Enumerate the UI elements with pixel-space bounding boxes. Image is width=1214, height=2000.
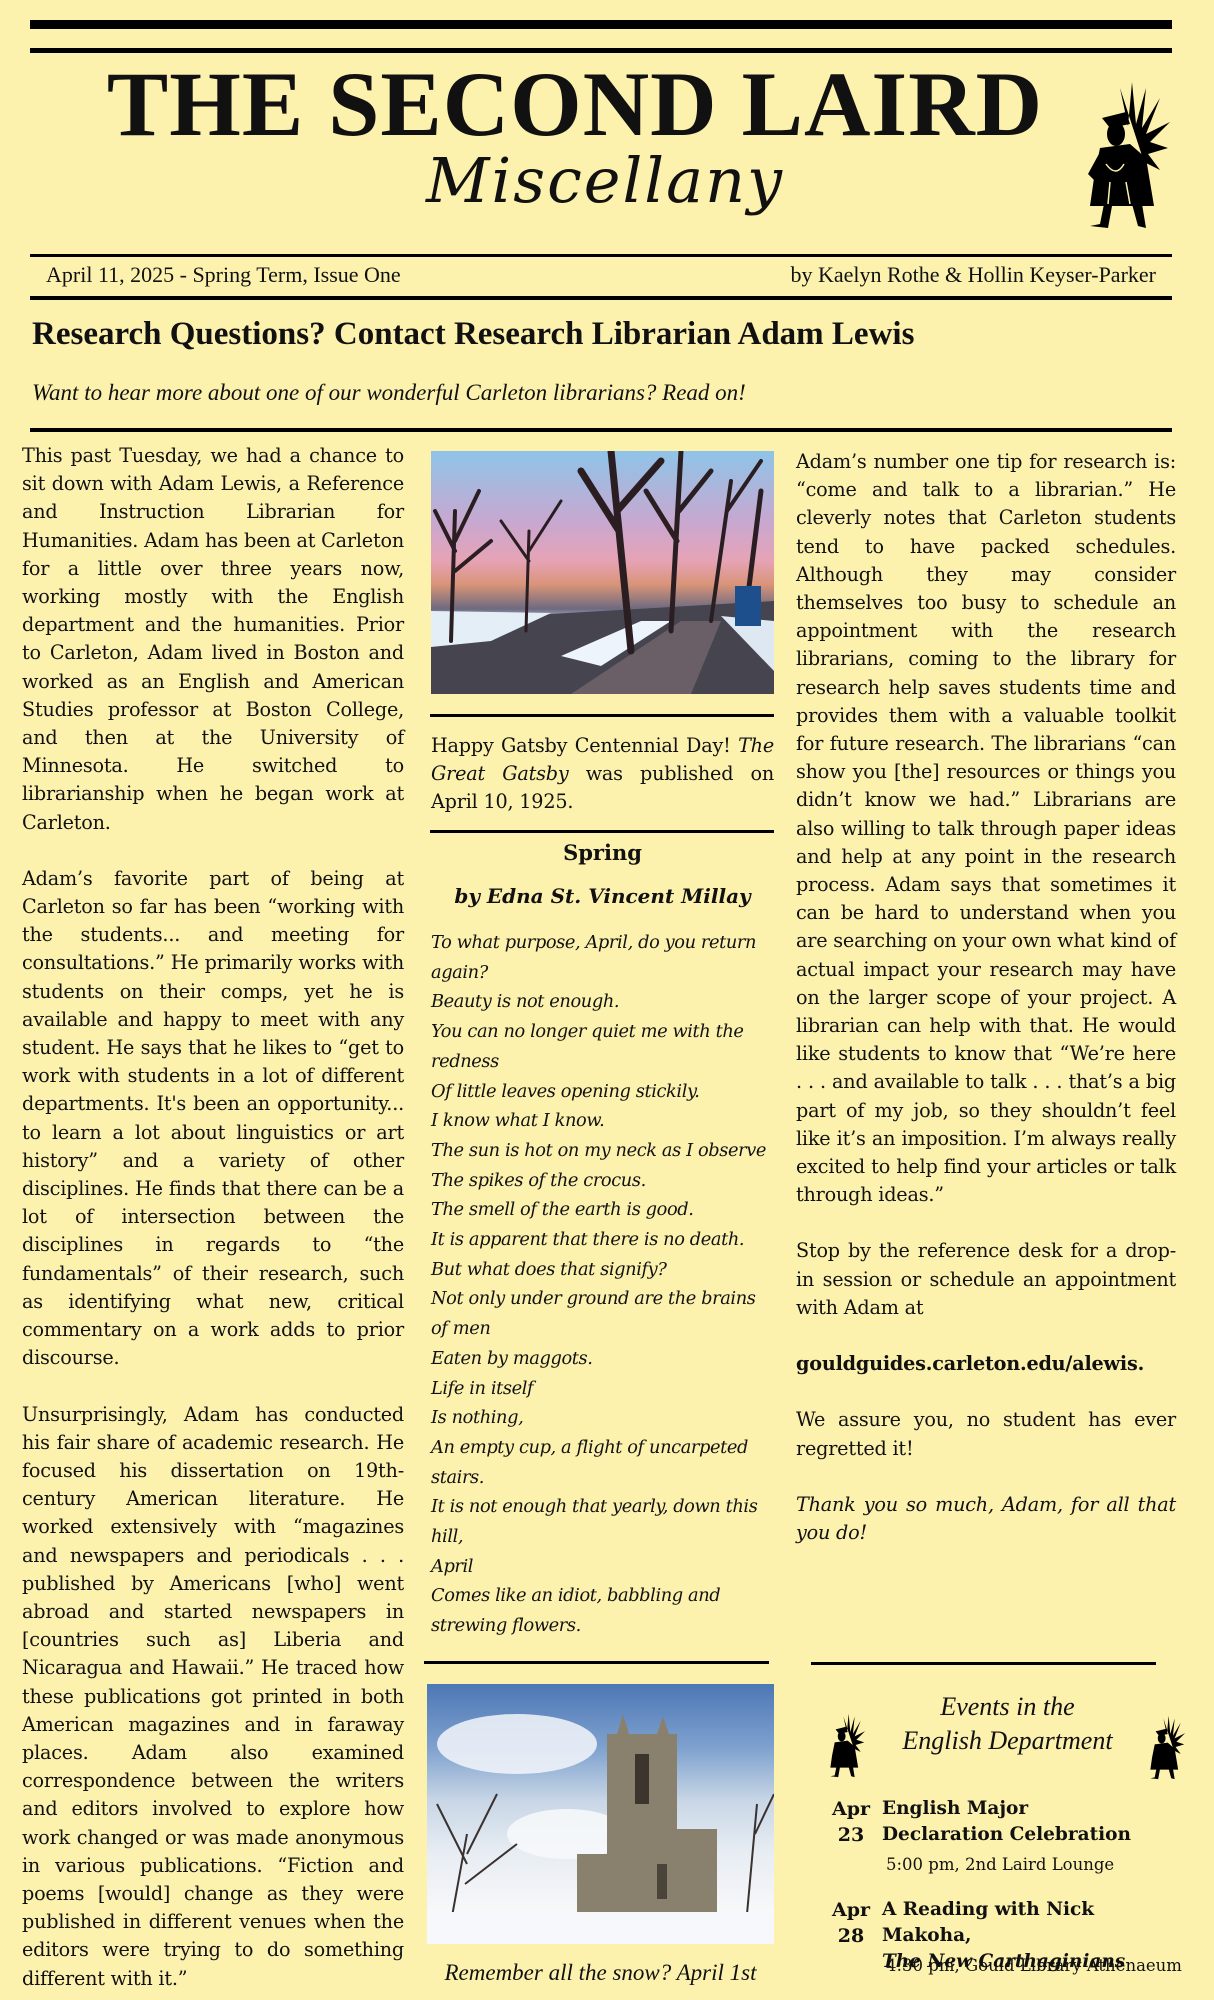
events-title: Events in the English Department (870, 1690, 1145, 1758)
masthead-subtitle: Miscellany (380, 150, 830, 212)
poem-line: The spikes of the crocus. (431, 1166, 786, 1196)
chapel-snow-photo (427, 1684, 774, 1944)
masthead-title: THE SECOND LAIRD (60, 58, 1090, 150)
headline-bottom-rule (30, 428, 1172, 432)
events-top-rule (811, 1662, 1156, 1665)
poem-line: hill, (431, 1522, 786, 1552)
poem-line: again? (431, 958, 786, 988)
poem-body: To what purpose, April, do you return ag… (431, 928, 786, 1641)
masthead-lower-rule (30, 254, 1172, 257)
issue-dateline: April 11, 2025 - Spring Term, Issue One (46, 262, 401, 288)
article-paragraph: Adam’s favorite part of being at Carleto… (22, 865, 404, 1373)
poem-line: Is nothing, (431, 1403, 786, 1433)
article-paragraph: We assure you, no student has ever regre… (796, 1406, 1176, 1462)
poem-line: You can no longer quiet me with the (431, 1017, 786, 1047)
event-date: Apr 28 (830, 1897, 872, 1949)
gatsby-top-rule (430, 714, 774, 717)
poem-top-rule (430, 830, 774, 833)
article-paragraph: Adam’s number one tip for research is: “… (796, 448, 1176, 1209)
poem-line: strewing flowers. (431, 1611, 786, 1641)
chapel-photo-top-rule (424, 1661, 769, 1664)
poem-author: by Edna St. Vincent Millay (431, 884, 774, 908)
event-item: Apr 23 English Major Declaration Celebra… (830, 1796, 1210, 1876)
article-paragraph: This past Tuesday, we had a chance to si… (22, 442, 404, 837)
gatsby-note: Happy Gatsby Centennial Day! The Great G… (431, 732, 774, 816)
article-thanks: Thank you so much, Adam, for all that yo… (796, 1491, 1176, 1547)
event-item: Apr 28 A Reading with Nick Makoha, The N… (830, 1897, 1210, 1987)
campus-sunset-photo (431, 451, 774, 694)
poem-line: Beauty is not enough. (431, 987, 786, 1017)
dateline-bottom-rule (30, 296, 1172, 300)
poem-line: But what does that signify? (431, 1255, 786, 1285)
poem-line: redness (431, 1047, 786, 1077)
article-column-left: This past Tuesday, we had a chance to si… (22, 442, 404, 1993)
poem-line: Of little leaves opening stickily. (431, 1077, 786, 1107)
article-dek: Want to hear more about one of our wonde… (32, 380, 746, 406)
poem-line: I know what I know. (431, 1106, 786, 1136)
poem-line: Life in itself (431, 1374, 786, 1404)
event-date: Apr 23 (830, 1796, 872, 1848)
chapel-graphic (427, 1684, 774, 1944)
poem-line: stairs. (431, 1463, 786, 1493)
highlander-mascot-icon-left (822, 1712, 870, 1778)
poem-line: Not only under ground are the brains (431, 1284, 786, 1314)
poem-line: An empty cup, a flight of uncarpeted (431, 1433, 786, 1463)
poem-line: Eaten by maggots. (431, 1344, 786, 1374)
article-paragraph: Stop by the reference desk for a drop-in… (796, 1237, 1176, 1322)
highlander-mascot-icon (1080, 78, 1172, 230)
poem-line: It is apparent that there is no death. (431, 1225, 786, 1255)
event-details: 4:30 pm, Gould Library Athenaeum (886, 1955, 1182, 1977)
tree-silhouette-graphic (431, 451, 774, 694)
librarian-guide-link[interactable]: gouldguides.carleton.edu/alewis. (796, 1350, 1176, 1378)
poem-line: of men (431, 1314, 786, 1344)
poem-line: The sun is hot on my neck as I observe (431, 1136, 786, 1166)
article-paragraph: Unsurprisingly, Adam has conducted his f… (22, 1401, 404, 1993)
event-details: 5:00 pm, 2nd Laird Lounge (886, 1854, 1114, 1876)
masthead-top-rule (30, 20, 1172, 29)
event-title: English Major Declaration Celebration (882, 1796, 1142, 1848)
poem-line: It is not enough that yearly, down this (431, 1492, 786, 1522)
poem-line: To what purpose, April, do you return (431, 928, 786, 958)
issue-byline: by Kaelyn Rothe & Hollin Keyser-Parker (790, 262, 1156, 288)
article-headline: Research Questions? Contact Research Lib… (32, 316, 914, 353)
article-column-right: Adam’s number one tip for research is: “… (796, 448, 1176, 1547)
poem-line: April (431, 1552, 786, 1582)
highlander-mascot-icon-right (1142, 1714, 1190, 1780)
poem-line: The smell of the earth is good. (431, 1195, 786, 1225)
poem-line: Comes like an idiot, babbling and (431, 1581, 786, 1611)
chapel-photo-caption: Remember all the snow? April 1st (427, 1960, 774, 1986)
poem-title: Spring (431, 840, 774, 865)
